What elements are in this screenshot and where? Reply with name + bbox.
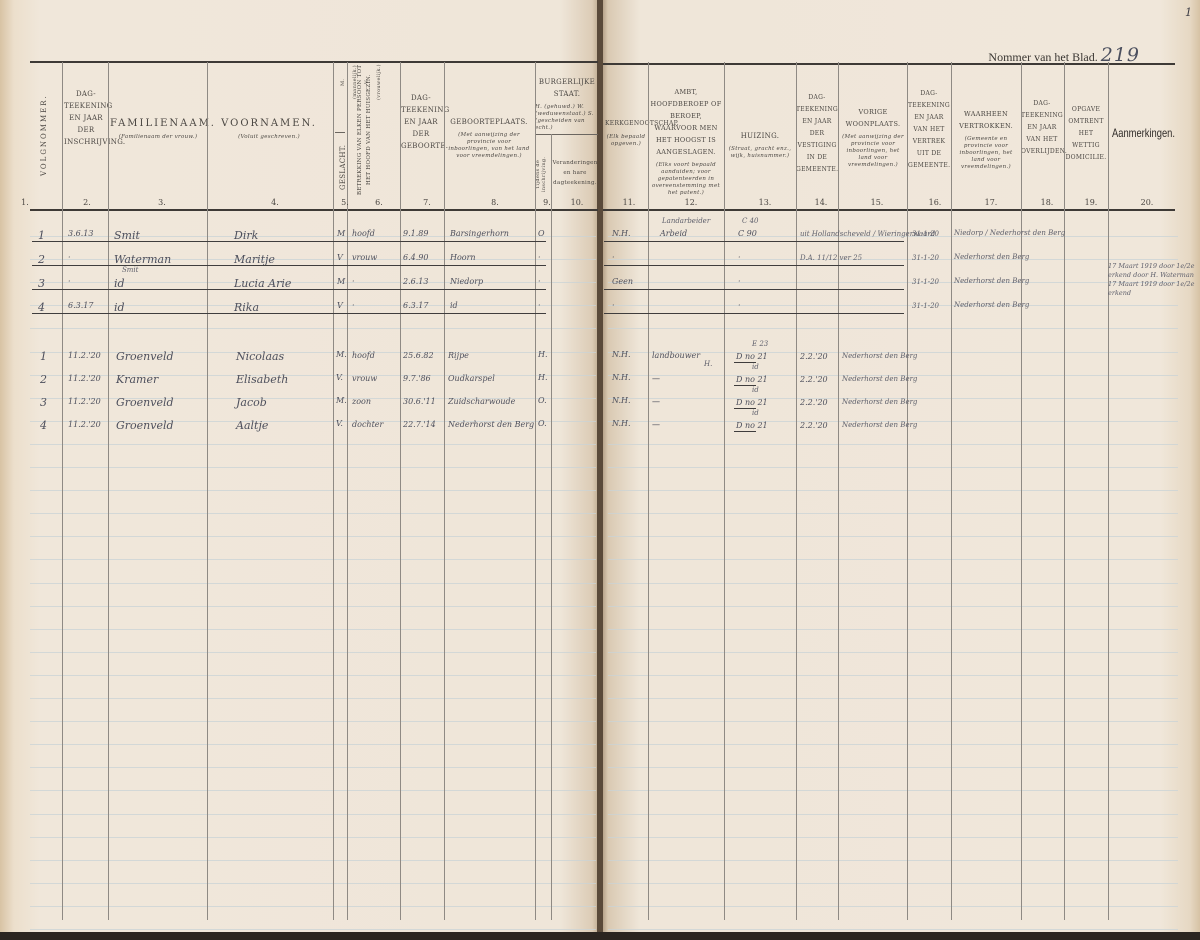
ruled-line (30, 328, 596, 329)
col5-header: GESLACHT. (337, 140, 347, 195)
huizing-correction: id (752, 363, 759, 371)
ruled-line (608, 606, 1178, 607)
kerkgenootschap: · (612, 253, 615, 262)
huizing: · (738, 253, 741, 262)
beroep: Arbeid (660, 229, 687, 238)
column-line (551, 134, 552, 920)
column-number: 5. (338, 198, 352, 207)
book-spine (597, 0, 603, 932)
ruled-line (608, 305, 1178, 306)
geboortedatum: 9.7.'86 (403, 374, 431, 383)
voornamen: Nicolaas (236, 350, 284, 363)
betrekking: vrouw (352, 374, 377, 383)
huizing: D no 21 (736, 375, 768, 384)
ruled-line (608, 444, 1178, 445)
column-line (62, 62, 63, 920)
column-line (535, 62, 536, 920)
ruled-line (30, 767, 596, 768)
kerkgenootschap: N.H. (612, 419, 631, 428)
col2-header: DAG-TEEKENING EN JAAR DER INSCHRIJVING. (64, 88, 108, 148)
kerkgenootschap: Geen (612, 277, 633, 286)
ruled-line (30, 583, 596, 584)
column-number: 6. (372, 198, 386, 207)
ruled-line (608, 536, 1178, 537)
beroep-title: AMBT, HOOFDBEROEP OF BEROEP, WAARVOOR ME… (650, 88, 721, 156)
familienaam: Groenveld (116, 350, 174, 363)
ruled-line (30, 860, 596, 861)
familienaam: Groenveld (116, 396, 174, 409)
strike-through-line (32, 265, 546, 266)
ruled-line (30, 490, 596, 491)
corner-mark: 1 (1185, 6, 1192, 19)
geboortedatum: 2.6.13 (403, 277, 428, 286)
vertrekdatum: 31-1-20 (912, 254, 939, 262)
col19-header: OPGAVE OMTRENT HET WETTIG DOMICILIE. (1065, 104, 1107, 164)
huizing-note: (Straat, gracht enz., wijk, huisnummer.) (726, 146, 794, 160)
col14-header: DAG-TEEKENING EN JAAR DER VESTIGING IN D… (796, 92, 838, 176)
ruled-line (608, 767, 1178, 768)
header-top-border (30, 61, 598, 63)
ruled-line (30, 837, 596, 838)
col20-header: Aanmerkingen. (1112, 126, 1175, 140)
strike-through-line (32, 241, 546, 242)
inschrijving-date: 11.2.'20 (68, 420, 101, 429)
burgerlijke-staat: H. (538, 350, 548, 359)
vertrekdatum: 31-1-20 (912, 278, 939, 286)
col4-header: VOORNAMEN.(Voluit geschreven.) (208, 118, 330, 141)
geboortedatum: 6.4.90 (403, 253, 428, 262)
inschrijving-date: · (68, 253, 71, 262)
strike-through-line (32, 313, 546, 314)
column-line (347, 62, 348, 920)
ruled-line (608, 675, 1178, 676)
huizing-title: HUIZING. (741, 132, 780, 140)
ruled-line (608, 698, 1178, 699)
burgerlijke-staat: · (538, 253, 541, 262)
kerkgenootschap: · (612, 301, 615, 310)
vertrekdatum: 31-1-20 (912, 230, 939, 238)
vorige-woonplaats: Nederhorst den Berg (842, 375, 917, 383)
ruled-line (608, 259, 1178, 260)
volgnummer: 4 (40, 419, 47, 432)
voornamen-note: (Voluit geschreven.) (208, 134, 330, 141)
inschrijving-date: 3.6.13 (68, 229, 93, 238)
ruled-line (608, 721, 1178, 722)
col10-header: Veranderingen en hare dagteekening. (552, 158, 598, 188)
column-number: 9. (540, 198, 554, 207)
col15-header: VORIGE WOONPLAATS.(Met aanwijzing der pr… (840, 106, 906, 169)
aanmerking-note: 17 Maart 1919 door 1e/2e erkend door H. … (1108, 262, 1198, 298)
ruled-line (608, 906, 1178, 907)
waarheen-vertrokken: Nederhorst den Berg (954, 301, 1029, 309)
col18-header: DAG-TEEKENING EN JAAR VAN HET OVERLIJDEN… (1021, 98, 1063, 158)
burgerlijke-staat-note: H. (gehuwd.) W. (weduwenstaat.) S. (gesc… (535, 104, 599, 132)
waarheen-note: (Gemeente en provincie voor inboorlingen… (952, 136, 1020, 171)
ruled-line (30, 467, 596, 468)
ruled-line (608, 883, 1178, 884)
huizing-correction: id (752, 409, 759, 417)
column-line (207, 62, 208, 920)
voornamen: Jacob (236, 396, 267, 409)
burgerlijke-staat: O. (538, 419, 547, 428)
ruled-line (608, 467, 1178, 468)
familienaam-struck: Smit (122, 266, 139, 274)
column-line (907, 62, 908, 920)
betrekking: hoofd (352, 229, 375, 238)
ruled-line (30, 536, 596, 537)
col1-header: VOLGNOMMER. (38, 80, 52, 190)
geslacht: V. (336, 419, 343, 428)
column-line (1064, 62, 1065, 920)
geboorteplaats-title: GEBOORTEPLAATS. (450, 118, 527, 126)
strike-through-line (604, 289, 904, 290)
inschrijving-date: 6.3.17 (68, 301, 93, 310)
col11-header: KERKGENOOTSCHAP.(Elk bepaald opgeven.) (605, 118, 647, 148)
blad-label: Nommer van het Blad. (988, 50, 1097, 64)
column-line (1021, 62, 1022, 920)
volgnummer: 1 (40, 350, 47, 363)
column-line (838, 62, 839, 920)
col17-header: WAARHEEN VERTROKKEN.(Gemeente en provinc… (952, 108, 1020, 171)
burgerlijke-staat: H. (538, 373, 548, 382)
geslacht: V. (336, 373, 343, 382)
ruled-line (30, 883, 596, 884)
inschrijving-date: 11.2.'20 (68, 397, 101, 406)
geboorteplaats-note: (Met aanwijzing der provincie voor inboo… (446, 132, 532, 160)
betrekking: zoon (352, 397, 371, 406)
vertrekdatum: 31-1-20 (912, 302, 939, 310)
geboortedatum: 25.6.82 (403, 351, 434, 360)
column-number: 8. (488, 198, 502, 207)
waarheen-title: WAARHEEN VERTROKKEN. (959, 110, 1013, 130)
column-line (333, 62, 334, 920)
beroep-note: H. (704, 360, 712, 368)
column-number: 18. (1040, 198, 1054, 207)
volgnummer: 3 (40, 396, 47, 409)
ruled-line (30, 375, 596, 376)
ruled-line (30, 444, 596, 445)
beroep: landbouwer (652, 351, 700, 360)
ruled-line (608, 790, 1178, 791)
ruled-line (608, 929, 1178, 930)
col5-note: M. (mannelijk.) V. (vrouwelijk.) (337, 62, 347, 102)
strike-through-line (32, 289, 546, 290)
column-line (1108, 62, 1109, 920)
kerkgenootschap: N.H. (612, 373, 631, 382)
col6-header: BETREKKING VAN ELKEN PERSOON TOT HET HOO… (356, 62, 392, 197)
geboorteplaats: Niedorp (450, 277, 483, 286)
kerkgenootschap: N.H. (612, 350, 631, 359)
ruled-line (30, 906, 596, 907)
ruled-line (608, 814, 1178, 815)
ruled-line (608, 328, 1178, 329)
burgerlijke-staat: O (538, 229, 545, 238)
huizing: C 90 (738, 229, 757, 238)
ruled-line (30, 629, 596, 630)
ruled-line (30, 721, 596, 722)
column-number: 10. (570, 198, 584, 207)
huizing: D no 21 (736, 352, 768, 361)
ruled-line (30, 513, 596, 514)
beroep-note: (Elks voort bepaald aanduiden; voor gepa… (648, 162, 724, 197)
column-number: 2. (80, 198, 94, 207)
column-number: 7. (420, 198, 434, 207)
column-number: 13. (758, 198, 772, 207)
betrekking: dochter (352, 420, 383, 429)
burgerlijke-staat: O. (538, 396, 547, 405)
column-number: 16. (928, 198, 942, 207)
column-number: 17. (984, 198, 998, 207)
column-number: 14. (814, 198, 828, 207)
burgerlijke-staat-divider (535, 134, 598, 135)
geslacht: M. (336, 350, 347, 359)
ruled-line (608, 860, 1178, 861)
col13-header: HUIZING.(Straat, gracht enz., wijk, huis… (726, 130, 794, 160)
inschrijving-date: · (68, 277, 71, 286)
col16-header: DAG-TEEKENING EN JAAR VAN HET VERTREK UI… (908, 88, 950, 172)
geboortedatum: 22.7.'14 (403, 420, 436, 429)
column-number: 15. (870, 198, 884, 207)
ruled-line (30, 559, 596, 560)
col8-header: GEBOORTEPLAATS.(Met aanwijzing der provi… (446, 116, 532, 160)
waarheen-vertrokken: Niedorp / Nederhorst den Berg (954, 229, 1065, 237)
vorige-woonplaats: Nederhorst den Berg (842, 398, 917, 406)
geboorteplaats: Oudkarspel (448, 374, 495, 383)
betrekking: · (352, 277, 355, 286)
betrekking: hoofd (352, 351, 375, 360)
vorige-woonplaats-note: (Met aanwijzing der provincie voor inboo… (840, 134, 906, 169)
geslacht: V (337, 253, 343, 262)
column-line (724, 62, 725, 920)
strike-through-line (604, 265, 904, 266)
column-line (648, 62, 649, 920)
waarheen-vertrokken: Nederhorst den Berg (954, 253, 1029, 261)
voornamen-title: VOORNAMEN. (221, 118, 317, 129)
column-number: 12. (684, 198, 698, 207)
col3-header: FAMILIENAAM.(Familienaam der vrouw.) (110, 118, 206, 141)
vorige-woonplaats: Nederhorst den Berg (842, 421, 917, 429)
inschrijving-date: 11.2.'20 (68, 351, 101, 360)
geboorteplaats: Barsingerhorn (450, 229, 509, 238)
ruled-line (608, 629, 1178, 630)
vorige-woonplaats: Nederhorst den Berg (842, 352, 917, 360)
familienaam-note: (Familienaam der vrouw.) (110, 134, 206, 141)
ruled-line (30, 744, 596, 745)
col9-header: BURGERLIJKE STAAT.H. (gehuwd.) W. (weduw… (535, 76, 599, 132)
familienaam: Kramer (116, 373, 158, 386)
header-bottom-border (603, 209, 1175, 211)
ruled-line (30, 790, 596, 791)
ruled-line (30, 814, 596, 815)
ruled-line (30, 352, 596, 353)
vestigingsdatum: 2.2.'20 (800, 375, 828, 384)
geslacht: V (337, 301, 343, 310)
beroep: — (652, 397, 660, 406)
strike-through-line (604, 241, 904, 242)
geboorteplaats: Hoorn (450, 253, 476, 262)
huizing: · (738, 301, 741, 310)
vorige-woonplaats-title: VORIGE WOONPLAATS. (846, 108, 901, 128)
geslacht: M (337, 277, 345, 286)
ruled-line (30, 929, 596, 930)
huizing-correction: id (752, 386, 759, 394)
ruled-line (608, 490, 1178, 491)
betrekking: vrouw (352, 253, 377, 262)
geslacht: M. (336, 396, 347, 405)
column-line (400, 62, 401, 920)
vestigingsdatum: 2.2.'20 (800, 421, 828, 430)
header-top-border (603, 63, 1175, 65)
strike-through-line (734, 431, 756, 432)
geslacht-divider (335, 132, 345, 133)
ruled-line (608, 744, 1178, 745)
beroep: — (652, 420, 660, 429)
geboortedatum: 30.6.'11 (403, 397, 436, 406)
huizing: D no 21 (736, 398, 768, 407)
column-line (951, 62, 952, 920)
geboorteplaats: id (450, 301, 458, 310)
col7-header: DAG-TEEKENING EN JAAR DER GEBOORTE. (401, 92, 441, 152)
volgnummer: 2 (40, 373, 47, 386)
column-number: 20. (1140, 198, 1154, 207)
burgerlijke-staat: · (538, 301, 541, 310)
huizing: D no 21 (736, 421, 768, 430)
kerkgenootschap: N.H. (612, 396, 631, 405)
geboortedatum: 9.1.89 (403, 229, 428, 238)
burgerlijke-staat: · (538, 277, 541, 286)
betrekking: · (352, 301, 355, 310)
geslacht: M (337, 229, 345, 238)
ruled-line (30, 652, 596, 653)
geboorteplaats: Zuidscharwoude (448, 397, 515, 406)
huizing-struck: C 40 (742, 217, 759, 225)
geboortedatum: 6.3.17 (403, 301, 428, 310)
column-line (796, 62, 797, 920)
huizing: · (738, 277, 741, 286)
kerkgenootschap: N.H. (612, 229, 631, 238)
ruled-line (608, 837, 1178, 838)
burgerlijke-staat-title: BURGERLIJKE STAAT. (539, 78, 595, 98)
ruled-line (30, 698, 596, 699)
column-number: 1. (18, 198, 32, 207)
col9-sub: Tijdens de inschrijving. (535, 150, 547, 198)
huizing-correction: E 23 (752, 340, 768, 348)
beroep-struck: Landarbeider (662, 217, 710, 225)
familienaam-title: FAMILIENAAM. (110, 118, 216, 129)
ruled-line (30, 606, 596, 607)
kerkgenootschap-note: (Elk bepaald opgeven.) (605, 134, 647, 148)
waarheen-vertrokken: Nederhorst den Berg (954, 277, 1029, 285)
geboorteplaats: Nederhorst den Berg (448, 420, 534, 429)
header-bottom-border (30, 209, 598, 211)
ruled-line (608, 282, 1178, 283)
ruled-line (608, 652, 1178, 653)
column-line (108, 62, 109, 920)
ruled-line (608, 513, 1178, 514)
vestigingsdatum: 2.2.'20 (800, 352, 828, 361)
ruled-line (608, 583, 1178, 584)
geboorteplaats: Rijpe (448, 351, 469, 360)
ruled-line (30, 675, 596, 676)
column-number: 4. (268, 198, 282, 207)
column-line (444, 62, 445, 920)
column-number: 11. (622, 198, 636, 207)
familienaam: Groenveld (116, 419, 174, 432)
voornamen: Elisabeth (236, 373, 288, 386)
beroep: — (652, 374, 660, 383)
col12-header: AMBT, HOOFDBEROEP OF BEROEP, WAARVOOR ME… (648, 86, 724, 197)
inschrijving-date: 11.2.'20 (68, 374, 101, 383)
strike-through-line (604, 313, 904, 314)
column-number: 3. (155, 198, 169, 207)
vestigingsdatum: 2.2.'20 (800, 398, 828, 407)
ruled-line (608, 559, 1178, 560)
vorige-woonplaats: D.A. 11/12 ver 25 (800, 254, 862, 262)
voornamen: Aaltje (236, 419, 268, 432)
column-number: 19. (1084, 198, 1098, 207)
